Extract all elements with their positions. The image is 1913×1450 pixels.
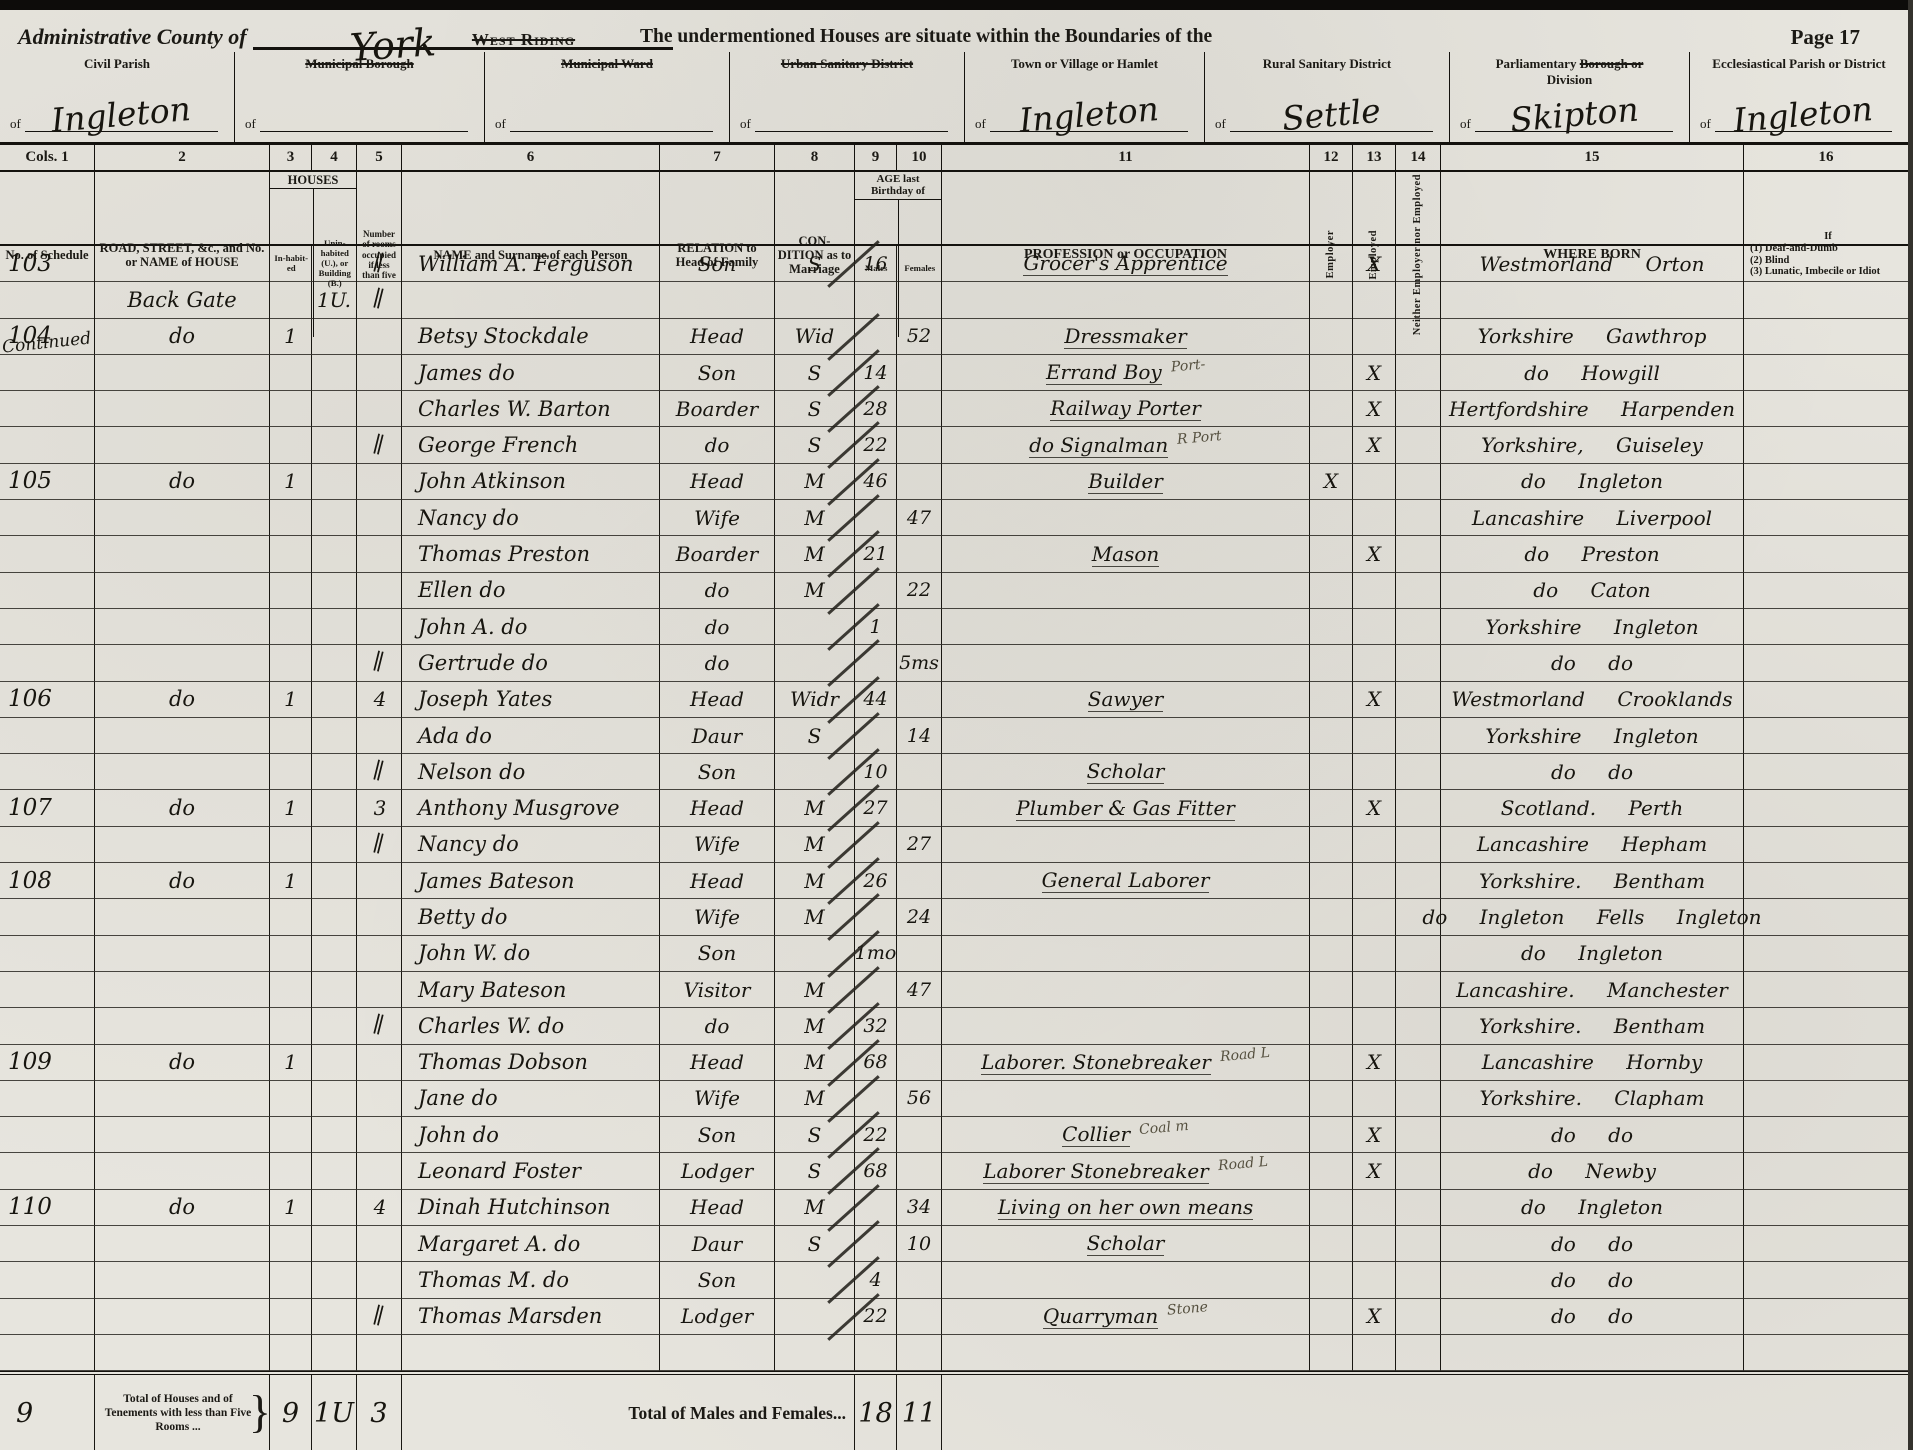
table-row: 104 do 1 Betsy Stockdale Head Wid 52 Dre… [0, 319, 1908, 355]
cell-road: do [95, 464, 270, 500]
cell-employed [1353, 1335, 1396, 1371]
table-row: 106 do 1 4 Joseph Yates Head Widr 44 Saw… [0, 682, 1908, 718]
cell-age-female [897, 355, 942, 391]
cell-where-born: Lancashire Hepham [1441, 827, 1744, 863]
cell-age-male: 32 [855, 1008, 897, 1044]
cell-infirmities [1744, 573, 1908, 609]
cell-uninhabited [312, 246, 357, 282]
cell-employed: X [1353, 682, 1396, 718]
cell-neither [1396, 972, 1441, 1008]
cell-inhabited: 1 [270, 790, 312, 826]
cell-condition: M [775, 827, 855, 863]
cell-employed [1353, 319, 1396, 355]
table-row: Thomas Preston Boarder M 21 Mason X do P… [0, 536, 1908, 572]
cell-infirmities [1744, 282, 1908, 318]
cell-age-male: 68 [855, 1153, 897, 1189]
cell-inhabited: 1 [270, 464, 312, 500]
cell-employed [1353, 1226, 1396, 1262]
cell-neither [1396, 500, 1441, 536]
cell-name: John do [402, 1117, 660, 1153]
cell-infirmities [1744, 355, 1908, 391]
cell-relation: Lodger [660, 1299, 775, 1335]
cell-rooms [357, 863, 402, 899]
cell-occupation: Sawyer [942, 682, 1310, 718]
cell-road [95, 1262, 270, 1298]
cell-uninhabited [312, 972, 357, 1008]
cell-schedule-no: 103 [0, 246, 95, 282]
cell-condition: S [775, 1226, 855, 1262]
cell-inhabited [270, 645, 312, 681]
cell-neither [1396, 1008, 1441, 1044]
cell-neither [1396, 863, 1441, 899]
table-row: John A. do do 1 Yorkshire Ingleton [0, 609, 1908, 645]
cell-rooms [357, 609, 402, 645]
cell-inhabited: 1 [270, 1190, 312, 1226]
cell-occupation: Grocer's Apprentice [942, 246, 1310, 282]
cell-condition [775, 936, 855, 972]
cell-infirmities [1744, 718, 1908, 754]
cell-relation: Boarder [660, 536, 775, 572]
cell-uninhabited [312, 1190, 357, 1226]
cell-employer [1310, 682, 1353, 718]
cell-name: Jane do [402, 1081, 660, 1117]
cell-condition: S [775, 355, 855, 391]
cell-condition: S [775, 246, 855, 282]
cell-inhabited [270, 1117, 312, 1153]
table-row: 109 do 1 Thomas Dobson Head M 68 Laborer… [0, 1045, 1908, 1081]
cell-rooms [357, 1226, 402, 1262]
cell-neither [1396, 1335, 1441, 1371]
cell-age-male: 1 [855, 609, 897, 645]
cell-employer [1310, 863, 1353, 899]
cell-schedule-no [0, 1226, 95, 1262]
census-page: Administrative County of York West Ridin… [0, 0, 1913, 1450]
civil-parish-value: Ingleton [51, 100, 192, 130]
cell-age-female [897, 464, 942, 500]
district-urban-sanitary: Urban Sanitary District of [730, 52, 965, 142]
cell-condition: M [775, 899, 855, 935]
cell-age-male [855, 282, 897, 318]
cell-neither [1396, 1117, 1441, 1153]
cell-uninhabited: 1U. [312, 282, 357, 318]
cell-employer [1310, 391, 1353, 427]
cell-age-male [855, 718, 897, 754]
cell-occupation: Mason [942, 536, 1310, 572]
cell-employed [1353, 899, 1396, 935]
cell-road [95, 246, 270, 282]
cell-relation: Wife [660, 1081, 775, 1117]
total-males: 18 [855, 1375, 897, 1450]
cell-employed: X [1353, 1117, 1396, 1153]
table-row: Nancy do Wife M 47 Lancashire Liverpool [0, 500, 1908, 536]
cell-rooms [357, 464, 402, 500]
cell-relation: do [660, 427, 775, 463]
cell-schedule-no [0, 645, 95, 681]
cell-schedule-no [0, 427, 95, 463]
cell-relation: Head [660, 790, 775, 826]
cell-employed [1353, 1190, 1396, 1226]
cell-rooms: ∥ [357, 645, 402, 681]
cell-occupation: Scholar [942, 1226, 1310, 1262]
district-ecclesiastical: Ecclesiastical Parish or District ofIngl… [1690, 52, 1908, 142]
cell-rooms: 4 [357, 682, 402, 718]
cell-neither [1396, 609, 1441, 645]
cell-infirmities [1744, 391, 1908, 427]
cell-where-born: do do [1441, 645, 1744, 681]
cell-employer [1310, 500, 1353, 536]
cell-age-female [897, 246, 942, 282]
cell-road [95, 573, 270, 609]
cell-age-male: 21 [855, 536, 897, 572]
cell-condition [775, 282, 855, 318]
cell-condition: M [775, 863, 855, 899]
cell-schedule-no: 106 [0, 682, 95, 718]
cell-employer [1310, 282, 1353, 318]
cell-name: Thomas Marsden [402, 1299, 660, 1335]
cell-neither [1396, 1190, 1441, 1226]
cell-employed: X [1353, 246, 1396, 282]
cell-condition: Wid [775, 319, 855, 355]
cell-relation: Boarder [660, 391, 775, 427]
cell-age-male: 44 [855, 682, 897, 718]
table-row: ∥ Gertrude do do 5ms do do [0, 645, 1908, 681]
cell-employer [1310, 1262, 1353, 1298]
cell-age-male [855, 319, 897, 355]
cell-name: Nelson do [402, 754, 660, 790]
cell-neither [1396, 1299, 1441, 1335]
cell-road: do [95, 682, 270, 718]
cell-condition: S [775, 427, 855, 463]
cell-where-born: Lancashire. Manchester [1441, 972, 1744, 1008]
cell-condition: Widr [775, 682, 855, 718]
cell-relation: Head [660, 464, 775, 500]
total-females: 11 [897, 1375, 942, 1450]
cell-inhabited [270, 536, 312, 572]
cell-name: James Bateson [402, 863, 660, 899]
table-row: Back Gate 1U. ∥ [0, 282, 1908, 318]
cell-employed: X [1353, 790, 1396, 826]
cell-road [95, 609, 270, 645]
cell-road: do [95, 319, 270, 355]
cell-age-female [897, 391, 942, 427]
district-town-village: Town or Village or Hamlet ofIngleton [965, 52, 1205, 142]
cell-inhabited [270, 246, 312, 282]
household-end-mark: ∥ [370, 1013, 386, 1040]
cell-employed: X [1353, 1153, 1396, 1189]
cell-relation [660, 1335, 775, 1371]
cell-road [95, 1335, 270, 1371]
cell-occupation [942, 500, 1310, 536]
cell-name: Dinah Hutchinson [402, 1190, 660, 1226]
cell-employer [1310, 573, 1353, 609]
cell-uninhabited [312, 1008, 357, 1044]
household-end-mark: ∥ [370, 758, 386, 785]
cell-employed [1353, 827, 1396, 863]
cell-where-born [1441, 1335, 1744, 1371]
ecclesiastical-value: Ingleton [1733, 100, 1874, 130]
cell-neither [1396, 536, 1441, 572]
cell-condition: M [775, 536, 855, 572]
cell-age-male: 26 [855, 863, 897, 899]
cell-where-born: Yorkshire Ingleton [1441, 609, 1744, 645]
table-row: Ellen do do M 22 do Caton [0, 573, 1908, 609]
cell-rooms [357, 936, 402, 972]
cell-relation: Son [660, 246, 775, 282]
cell-relation: Wife [660, 827, 775, 863]
rural-sanitary-value: Settle [1281, 102, 1381, 129]
cell-occupation [942, 573, 1310, 609]
total-schedule: 9 [0, 1375, 95, 1450]
cell-employed: X [1353, 1299, 1396, 1335]
cell-infirmities [1744, 427, 1908, 463]
cell-infirmities [1744, 500, 1908, 536]
cell-schedule-no [0, 573, 95, 609]
cell-occupation [942, 972, 1310, 1008]
table-row: John W. do Son 1mo do Ingleton [0, 936, 1908, 972]
cell-occupation: Railway Porter [942, 391, 1310, 427]
cell-age-male [855, 827, 897, 863]
cell-uninhabited [312, 464, 357, 500]
cell-age-male: 4 [855, 1262, 897, 1298]
cell-name [402, 282, 660, 318]
cell-road [95, 1081, 270, 1117]
cell-inhabited [270, 1008, 312, 1044]
total-rooms: 3 [357, 1375, 402, 1450]
cell-age-female [897, 1335, 942, 1371]
cell-employed: X [1353, 1045, 1396, 1081]
cell-age-male [855, 1190, 897, 1226]
cell-uninhabited [312, 863, 357, 899]
district-rural-sanitary: Rural Sanitary District ofSettle [1205, 52, 1450, 142]
cell-rooms [357, 319, 402, 355]
cell-condition: M [775, 1081, 855, 1117]
cell-employer [1310, 827, 1353, 863]
cell-name: William A. Ferguson [402, 246, 660, 282]
cell-infirmities [1744, 1081, 1908, 1117]
cell-condition: M [775, 1008, 855, 1044]
cell-name: Betty do [402, 899, 660, 935]
cell-employer [1310, 899, 1353, 935]
cell-age-female [897, 1262, 942, 1298]
cell-condition: M [775, 1190, 855, 1226]
cell-relation: Lodger [660, 1153, 775, 1189]
household-end-mark: ∥ [370, 432, 386, 459]
cell-infirmities [1744, 682, 1908, 718]
cell-occupation: Scholar [942, 754, 1310, 790]
cell-age-male [855, 1081, 897, 1117]
cell-name: Margaret A. do [402, 1226, 660, 1262]
cell-inhabited [270, 972, 312, 1008]
cell-schedule-no [0, 899, 95, 935]
cell-condition [775, 609, 855, 645]
cell-employer [1310, 1117, 1353, 1153]
cell-employed: X [1353, 391, 1396, 427]
cell-employed [1353, 754, 1396, 790]
cell-uninhabited [312, 682, 357, 718]
cell-age-female [897, 1117, 942, 1153]
cell-age-female [897, 427, 942, 463]
cell-inhabited [270, 573, 312, 609]
cell-uninhabited [312, 1081, 357, 1117]
cell-road: do [95, 863, 270, 899]
household-end-mark: ∥ [370, 650, 386, 677]
cell-infirmities [1744, 1226, 1908, 1262]
cell-neither [1396, 645, 1441, 681]
cell-age-male: 28 [855, 391, 897, 427]
cell-age-female [897, 1045, 942, 1081]
cell-occupation: Builder [942, 464, 1310, 500]
cell-schedule-no [0, 500, 95, 536]
cell-rooms [357, 536, 402, 572]
cell-occupation: Laborer. Stonebreaker Road L [942, 1045, 1310, 1081]
cell-age-female: 27 [897, 827, 942, 863]
cell-employer [1310, 936, 1353, 972]
cell-age-male: 27 [855, 790, 897, 826]
cell-employed: X [1353, 355, 1396, 391]
cell-relation [660, 282, 775, 318]
cell-road [95, 645, 270, 681]
cell-age-female [897, 1008, 942, 1044]
table-row: ∥ Nelson do Son 10 Scholar do do [0, 754, 1908, 790]
cell-uninhabited [312, 790, 357, 826]
cell-condition: S [775, 1153, 855, 1189]
cell-inhabited [270, 500, 312, 536]
cell-relation: Wife [660, 899, 775, 935]
cell-employed: X [1353, 536, 1396, 572]
cell-condition [775, 1299, 855, 1335]
cell-neither [1396, 754, 1441, 790]
table-row: Margaret A. do Daur S 10 Scholar do do [0, 1226, 1908, 1262]
district-municipal-ward: Municipal Ward of [485, 52, 730, 142]
cell-rooms: ∥ [357, 246, 402, 282]
cell-inhabited [270, 827, 312, 863]
cell-infirmities [1744, 863, 1908, 899]
cell-infirmities [1744, 1117, 1908, 1153]
cell-neither [1396, 391, 1441, 427]
cell-occupation [942, 899, 1310, 935]
cell-age-female: 14 [897, 718, 942, 754]
cell-occupation [942, 1008, 1310, 1044]
cell-age-female [897, 1299, 942, 1335]
cell-name: Ellen do [402, 573, 660, 609]
cell-condition: S [775, 718, 855, 754]
parliamentary-value: Skipton [1509, 100, 1639, 129]
cell-uninhabited [312, 1226, 357, 1262]
cell-uninhabited [312, 1262, 357, 1298]
cell-road [95, 500, 270, 536]
cell-relation: Daur [660, 718, 775, 754]
cell-occupation: Errand Boy Port- [942, 355, 1310, 391]
cell-age-male [855, 573, 897, 609]
cell-rooms: 3 [357, 790, 402, 826]
cell-where-born: Yorkshire, Guiseley [1441, 427, 1744, 463]
cell-road [95, 427, 270, 463]
cell-where-born: do Howgill [1441, 355, 1744, 391]
household-end-mark: ∥ [370, 287, 386, 314]
cell-age-female [897, 682, 942, 718]
cell-neither [1396, 1081, 1441, 1117]
cell-inhabited [270, 899, 312, 935]
cell-occupation: Plumber & Gas Fitter [942, 790, 1310, 826]
admin-county: Administrative County of York West Ridin… [18, 24, 673, 50]
table-row: Jane do Wife M 56 Yorkshire. Clapham [0, 1081, 1908, 1117]
cell-occupation [942, 936, 1310, 972]
cell-inhabited [270, 1335, 312, 1371]
cell-relation: do [660, 609, 775, 645]
column-labels-row: No. of Schedule Continued ROAD, STREET, … [0, 172, 1908, 246]
cell-schedule-no: 105 [0, 464, 95, 500]
table-row: James do Son S 14 Errand Boy Port- X do … [0, 355, 1908, 391]
cell-infirmities [1744, 246, 1908, 282]
cell-condition [775, 754, 855, 790]
cell-where-born: do Ingleton [1441, 464, 1744, 500]
cell-inhabited [270, 1226, 312, 1262]
cell-name: Nancy do [402, 500, 660, 536]
cell-infirmities [1744, 645, 1908, 681]
table-row: ∥ Nancy do Wife M 27 Lancashire Hepham [0, 827, 1908, 863]
cell-condition: M [775, 573, 855, 609]
cell-relation: Head [660, 1190, 775, 1226]
cell-employed [1353, 1262, 1396, 1298]
table-row: 110 do 1 4 Dinah Hutchinson Head M 34 Li… [0, 1190, 1908, 1226]
cell-rooms [357, 1335, 402, 1371]
cell-rooms: ∥ [357, 1008, 402, 1044]
cell-age-female: 56 [897, 1081, 942, 1117]
cell-age-female [897, 536, 942, 572]
cell-employer [1310, 754, 1353, 790]
cell-employed [1353, 1008, 1396, 1044]
cell-relation: do [660, 573, 775, 609]
district-parliamentary: Parliamentary Borough orDivision ofSkipt… [1450, 52, 1690, 142]
total-inhabited: 9 [270, 1375, 312, 1450]
cell-uninhabited [312, 1045, 357, 1081]
cell-inhabited [270, 1153, 312, 1189]
census-table: Cols. 12 34 56 78 910 1112 1314 1516 No.… [0, 142, 1908, 1450]
cell-infirmities [1744, 609, 1908, 645]
cell-employed [1353, 718, 1396, 754]
household-end-mark: ∥ [370, 1303, 386, 1330]
admin-county-line: York West Riding [253, 30, 673, 50]
cell-employer [1310, 1081, 1353, 1117]
cell-inhabited [270, 427, 312, 463]
cell-infirmities [1744, 464, 1908, 500]
cell-relation: Head [660, 319, 775, 355]
totals-row: 9 Total of Houses and of Tenements with … [0, 1371, 1908, 1450]
cell-road [95, 827, 270, 863]
cell-uninhabited [312, 573, 357, 609]
cell-road: Back Gate [95, 282, 270, 318]
cell-name: Thomas M. do [402, 1262, 660, 1298]
cell-employed [1353, 573, 1396, 609]
cell-employer [1310, 427, 1353, 463]
cell-rooms [357, 1153, 402, 1189]
cell-inhabited: 1 [270, 682, 312, 718]
cell-rooms [357, 1081, 402, 1117]
cell-inhabited [270, 936, 312, 972]
cell-age-male: 1mo [855, 936, 897, 972]
cell-infirmities [1744, 972, 1908, 1008]
cell-uninhabited [312, 645, 357, 681]
cell-age-male [855, 1226, 897, 1262]
cell-employer [1310, 1008, 1353, 1044]
cell-condition [775, 1335, 855, 1371]
cell-age-male: 14 [855, 355, 897, 391]
cell-inhabited [270, 1299, 312, 1335]
cell-employer [1310, 1153, 1353, 1189]
table-row: 105 do 1 John Atkinson Head M 46 Builder… [0, 464, 1908, 500]
cell-occupation: Living on her own means [942, 1190, 1310, 1226]
cell-where-born: Yorkshire. Clapham [1441, 1081, 1744, 1117]
